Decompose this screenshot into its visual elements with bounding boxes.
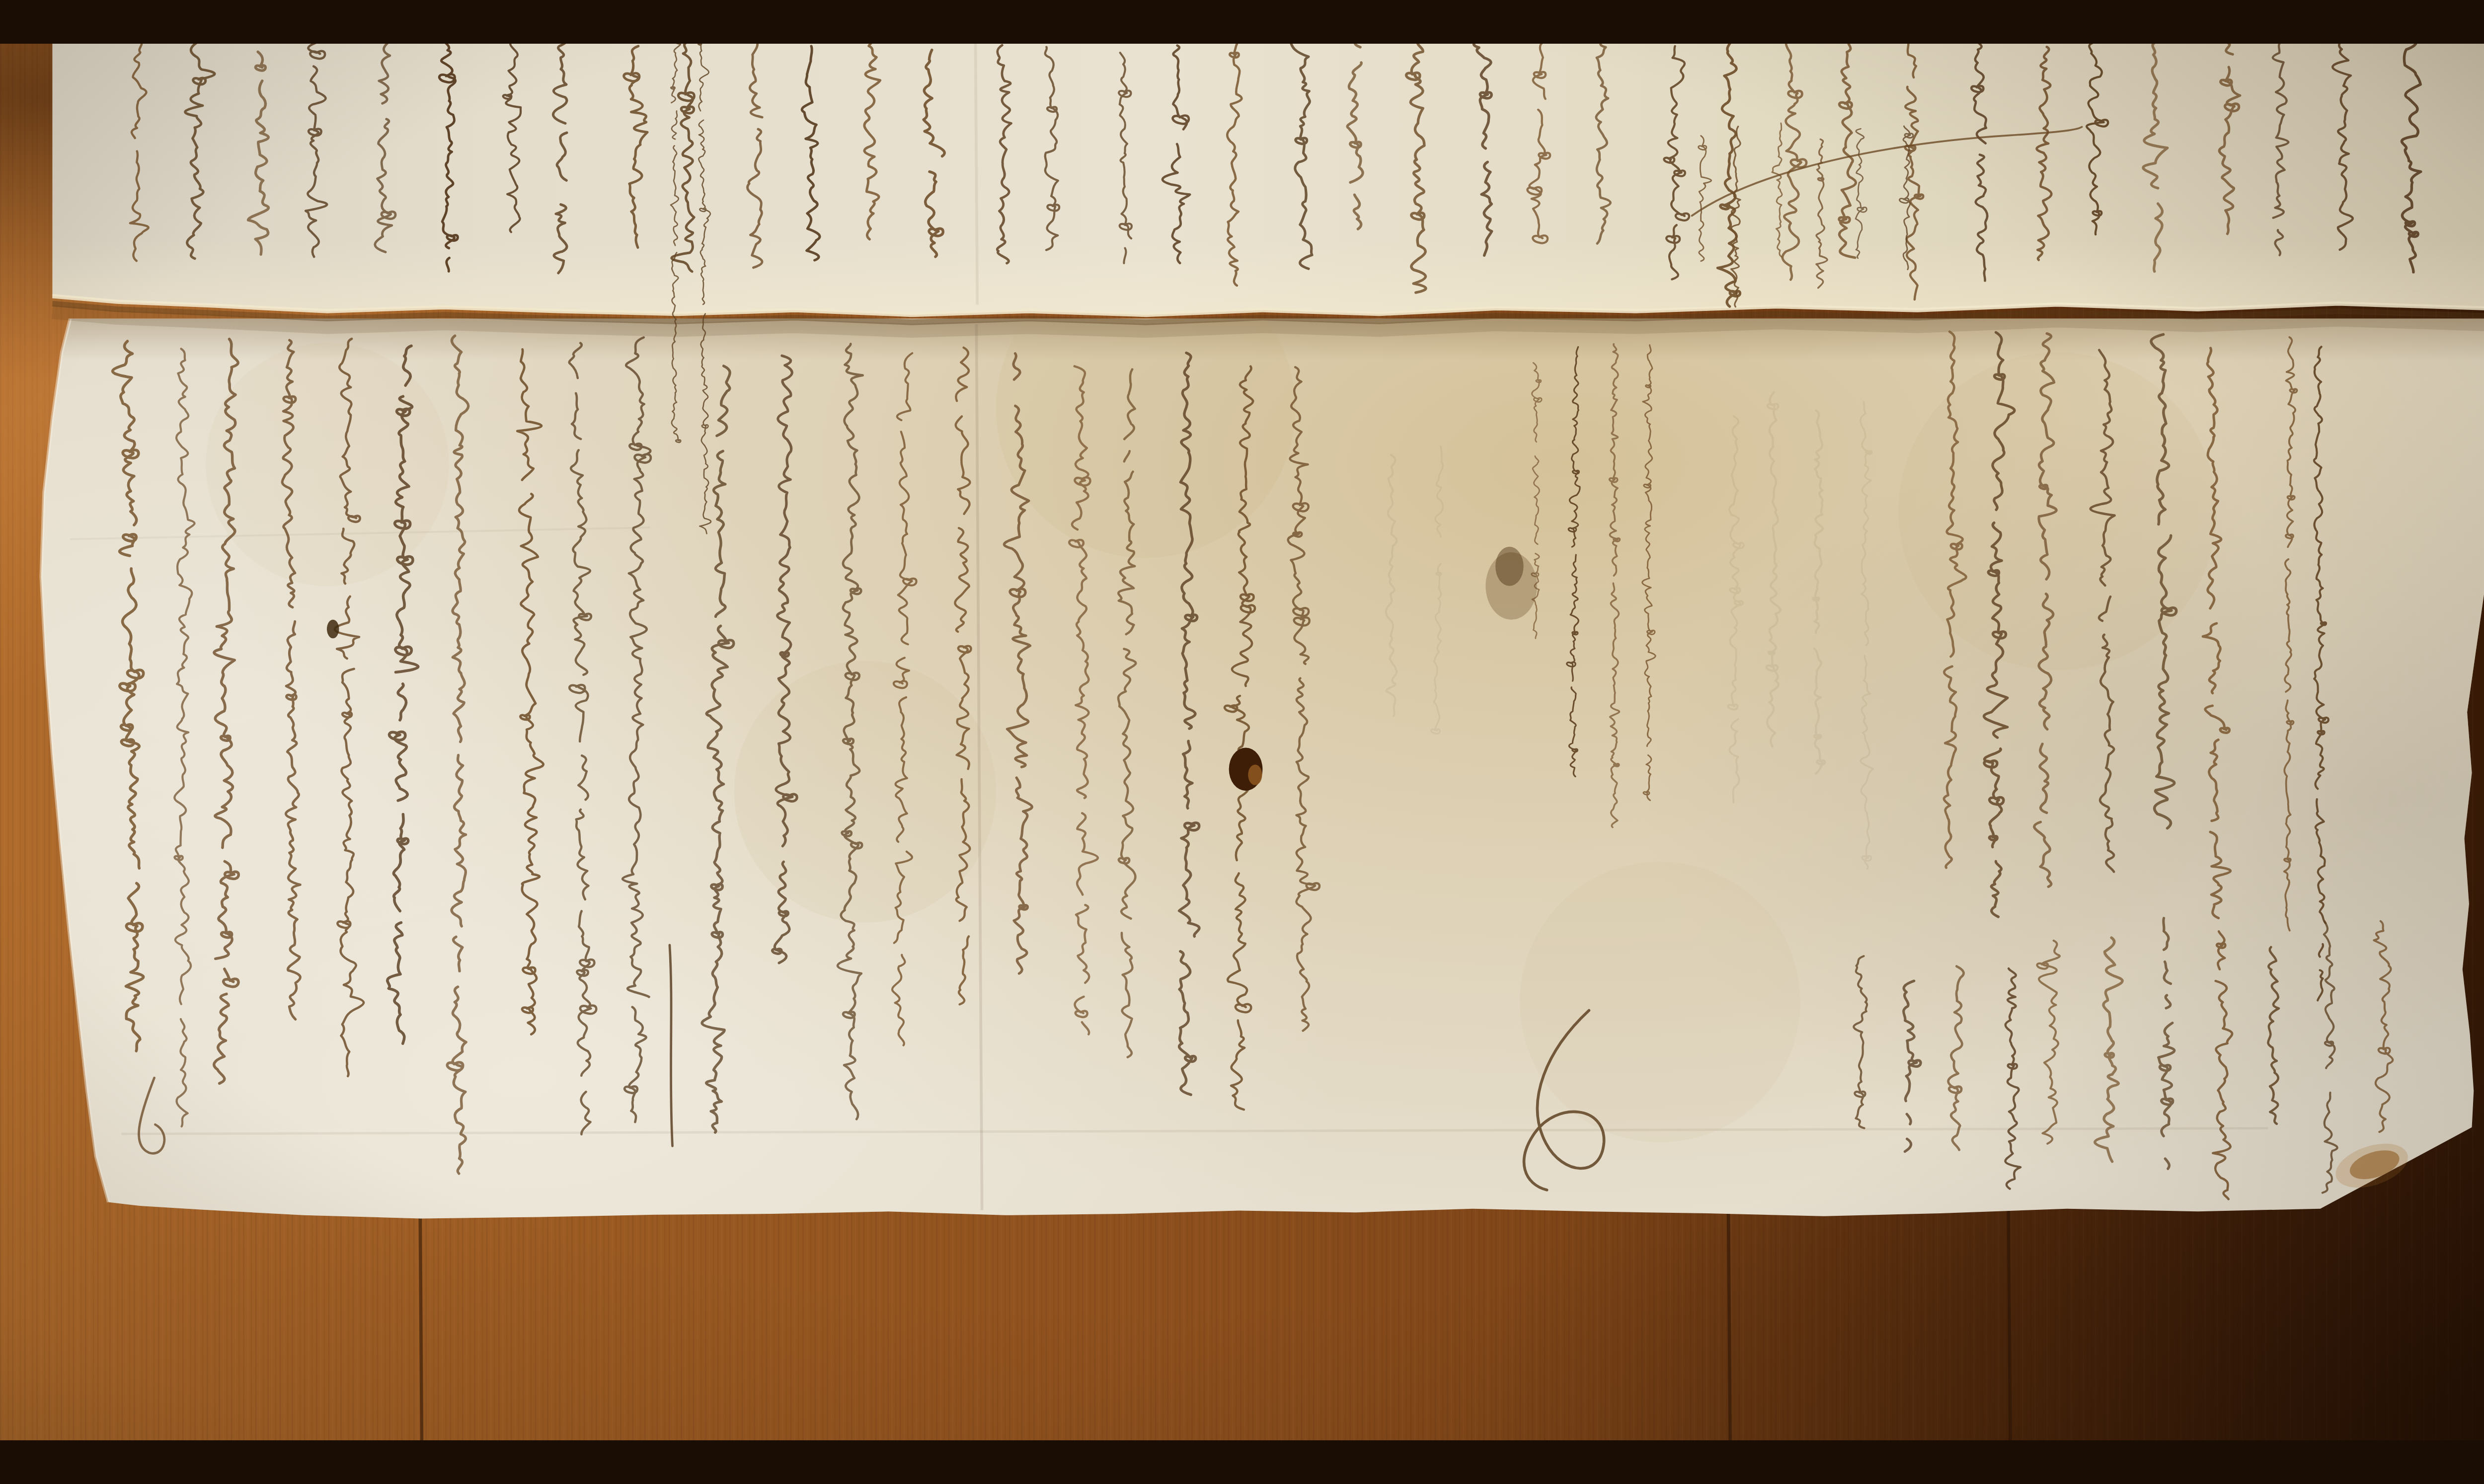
photo-of-manuscript <box>0 44 2484 1441</box>
photo-vignette <box>0 44 2484 1441</box>
manuscript-scene <box>0 44 2484 1441</box>
